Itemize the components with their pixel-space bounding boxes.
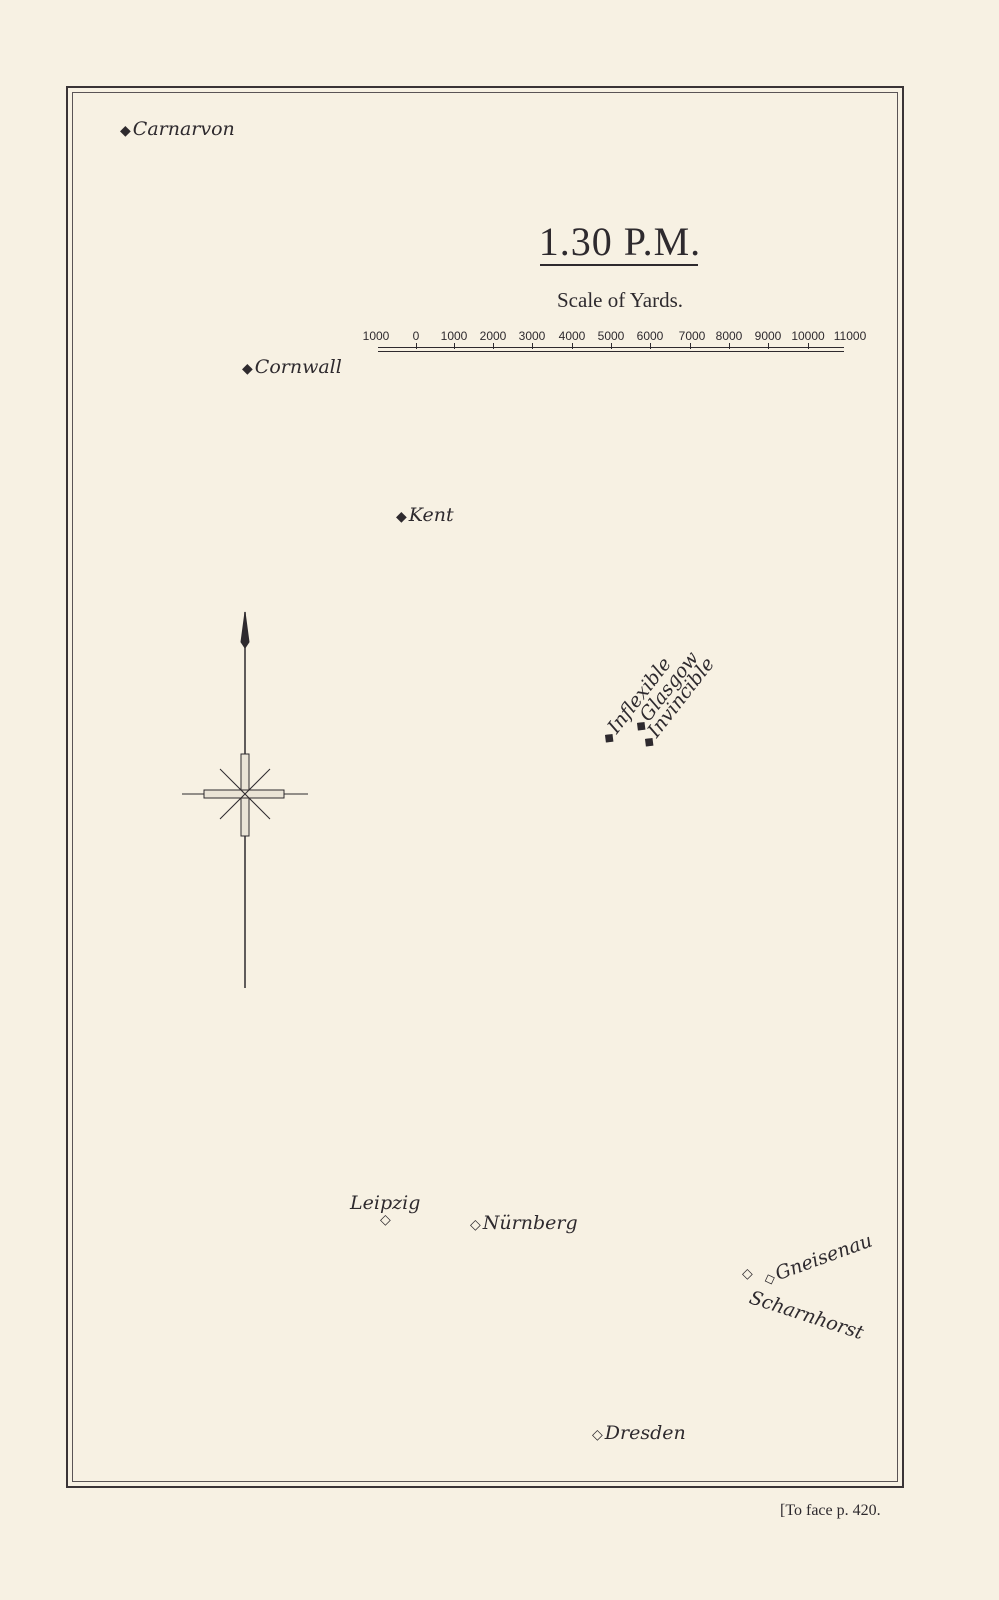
title-underline [540, 264, 698, 266]
scale-label: 5000 [598, 329, 625, 343]
scale-label: 8000 [716, 329, 743, 343]
hollow-ship-icon: ◇ [380, 1212, 391, 1228]
filled-ship-icon: ◆ [396, 509, 407, 525]
hollow-ship-icon: ◇ [470, 1217, 481, 1233]
ship-dresden: ◇Dresden [592, 1422, 686, 1444]
scale-title: Scale of Yards. [520, 288, 720, 313]
ship-carnarvon: ◆Carnarvon [120, 118, 235, 140]
ship-kent: ◆Kent [396, 504, 454, 526]
scale-label: 10000 [791, 329, 824, 343]
page-reference: [To face p. 420. [780, 1502, 881, 1520]
map-title: 1.30 P.M. [520, 218, 720, 265]
scale-label: 11000 [834, 329, 866, 343]
ship-leipzig: Leipzig [350, 1192, 420, 1214]
ship-nurnberg: ◇Nürnberg [470, 1212, 578, 1234]
ship-cornwall: ◆Cornwall [242, 356, 342, 378]
compass-rose-icon [180, 608, 310, 992]
scale-label: 4000 [559, 329, 586, 343]
scale-label: 2000 [480, 329, 507, 343]
filled-ship-icon: ◆ [120, 123, 131, 139]
scale-label: 7000 [679, 329, 706, 343]
scale-label: 3000 [519, 329, 546, 343]
filled-ship-icon: ◆ [242, 361, 253, 377]
hollow-ship-icon: ◇ [742, 1266, 753, 1282]
scale-label: 9000 [755, 329, 782, 343]
scale-label: 1000 [441, 329, 468, 343]
scale-label: 0 [413, 329, 420, 343]
scale-label: 6000 [637, 329, 664, 343]
scale-label: 1000 [363, 329, 390, 343]
hollow-ship-icon: ◇ [592, 1427, 603, 1443]
